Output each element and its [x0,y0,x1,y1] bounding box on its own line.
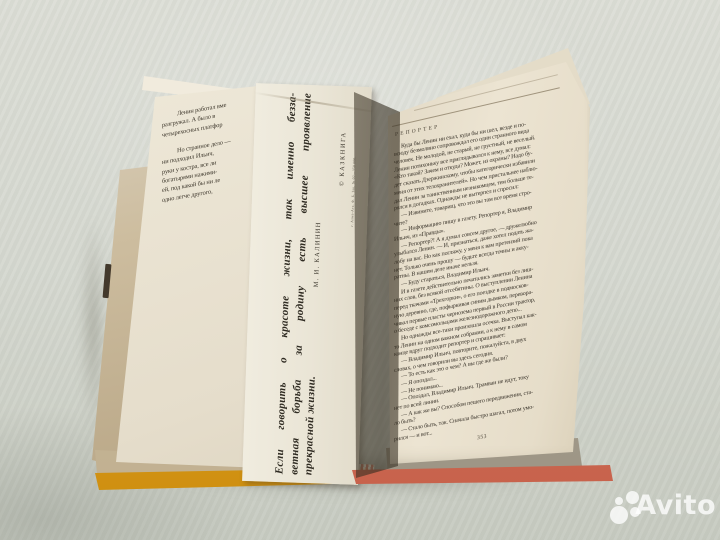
avito-logo-dot [630,507,640,517]
avito-watermark: Avito [584,484,716,532]
bookmark-paper: Если говорить о красоте жизни, так именн… [242,83,372,485]
right-page-text: РЕПОРТЕР Куда бы Ленин ни ехал, куда бы … [394,101,570,457]
avito-logo-dot [626,491,639,504]
bookmark-quote: Если говорить о красоте жизни, так именн… [272,92,329,475]
publisher-mark: © КАЗКНИГА [338,131,347,186]
avito-logo-dot [615,497,623,505]
publisher-imprint: г. Алма-Ата, Ф. Б. Зак. № 02—350 000. [350,95,359,227]
left-page-text: Ленин работал вмеразгружал. А было вчеты… [162,95,257,205]
avito-logo-icon [584,484,634,530]
bookmark-insert: Если говорить о красоте жизни, так именн… [244,84,370,484]
right-page-body: Куда бы Ленин ни ехал, куда бы ни шел, в… [394,114,570,445]
right-page: РЕПОРТЕР Куда бы Ленин ни ехал, куда бы … [380,40,595,470]
avito-logo-dot [610,506,628,524]
avito-wordmark: Avito [635,484,716,528]
photo-open-book: Ленин работал вмеразгружал. А было вчеты… [0,0,720,540]
